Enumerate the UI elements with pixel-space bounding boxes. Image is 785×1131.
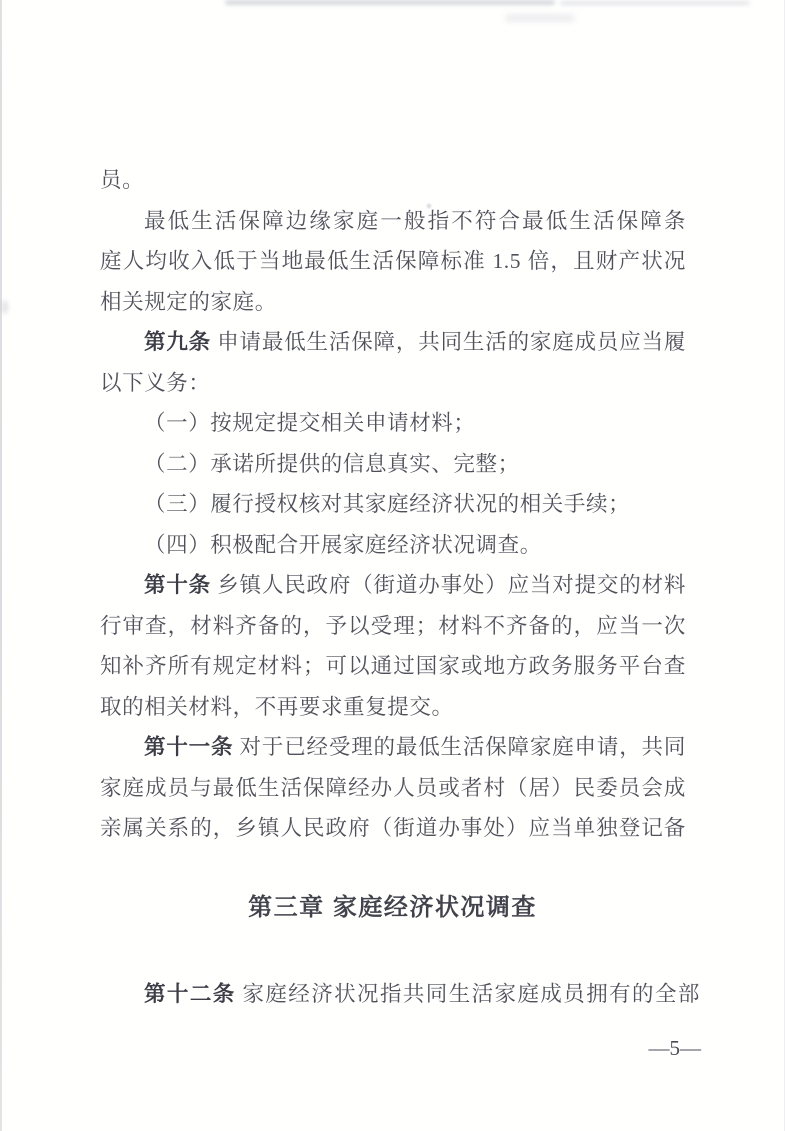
- text-segment: （三）履行授权核对其家庭经济状况的相关手续；: [144, 492, 630, 516]
- chapter-heading: 第三章 家庭经济状况调查: [0, 886, 785, 930]
- scan-smudge-top: [225, 0, 555, 5]
- text-line: 知补齐所有规定材料；可以通过国家或地方政务服务平台查询获: [100, 646, 686, 687]
- scan-edge-left-artifact: [0, 0, 2, 1131]
- text-line: 庭人均收入低于当地最低生活保障标准 1.5 倍，且财产状况符合: [100, 241, 686, 282]
- text-line: （四）积极配合开展家庭经济状况调查。: [100, 525, 686, 566]
- article-number: 第十一条: [144, 735, 233, 759]
- text-segment: 以下义务：: [100, 371, 211, 395]
- text-line: 家庭成员与最低生活保障经办人员或者村（居）民委员会成员有近: [100, 768, 686, 809]
- text-line: 第十条 乡镇人民政府（街道办事处）应当对提交的材料进: [100, 565, 686, 606]
- page-number: —5—: [649, 1034, 702, 1062]
- body-text-block: 员。最低生活保障边缘家庭一般指不符合最低生活保障条件，家庭人均收入低于当地最低生…: [100, 160, 686, 849]
- text-line: 取的相关材料，不再要求重复提交。: [100, 687, 686, 728]
- text-line: 第九条 申请最低生活保障，共同生活的家庭成员应当履行: [100, 322, 686, 363]
- text-line: 以下义务：: [100, 363, 686, 404]
- text-line: （二）承诺所提供的信息真实、完整；: [100, 444, 686, 485]
- text-segment: （四）积极配合开展家庭经济状况调查。: [144, 533, 542, 557]
- text-line: 员。: [100, 160, 686, 201]
- text-line: （三）履行授权核对其家庭经济状况的相关手续；: [100, 484, 686, 525]
- text-segment: 亲属关系的，乡镇人民政府（街道办事处）应当单独登记备案。: [100, 816, 686, 849]
- text-segment: （二）承诺所提供的信息真实、完整；: [144, 452, 520, 476]
- text-line: 相关规定的家庭。: [100, 282, 686, 323]
- text-segment: （一）按规定提交相关申请材料；: [144, 411, 476, 435]
- text-segment: 员。: [100, 168, 144, 192]
- text-segment: 相关规定的家庭。: [100, 290, 277, 314]
- text-segment: 取的相关材料，不再要求重复提交。: [100, 695, 454, 719]
- text-line: 第十一条 对于已经受理的最低生活保障家庭申请，共同生活: [100, 727, 686, 768]
- article-number: 第九条: [144, 330, 211, 354]
- text-segment: 行审查，材料齐备的，予以受理；材料不齐备的，应当一次性告: [100, 614, 686, 647]
- text-segment: 最低生活保障边缘家庭一般指不符合最低生活保障条件，家: [100, 209, 686, 242]
- text-segment: 家庭成员与最低生活保障经办人员或者村（居）民委员会成员有近: [100, 776, 686, 809]
- document-page: 员。最低生活保障边缘家庭一般指不符合最低生活保障条件，家庭人均收入低于当地最低生…: [0, 0, 785, 1131]
- continuation-text-block: 第十二条 家庭经济状况指共同生活家庭成员拥有的全部家: [100, 974, 700, 1015]
- text-line: 第十二条 家庭经济状况指共同生活家庭成员拥有的全部家: [100, 974, 700, 1015]
- scan-smudge-top: [505, 14, 575, 22]
- article-number: 第十条: [144, 573, 211, 597]
- text-line: 亲属关系的，乡镇人民政府（街道办事处）应当单独登记备案。: [100, 808, 686, 849]
- text-segment: 庭人均收入低于当地最低生活保障标准 1.5 倍，且财产状况符合: [100, 249, 686, 282]
- text-line: 最低生活保障边缘家庭一般指不符合最低生活保障条件，家: [100, 201, 686, 242]
- article-number: 第十二条: [144, 982, 236, 1006]
- scan-speck: [2, 300, 8, 314]
- scan-smudge-top: [560, 1, 750, 5]
- text-segment: 知补齐所有规定材料；可以通过国家或地方政务服务平台查询获: [100, 654, 686, 687]
- text-line: （一）按规定提交相关申请材料；: [100, 403, 686, 444]
- text-line: 行审查，材料齐备的，予以受理；材料不齐备的，应当一次性告: [100, 606, 686, 647]
